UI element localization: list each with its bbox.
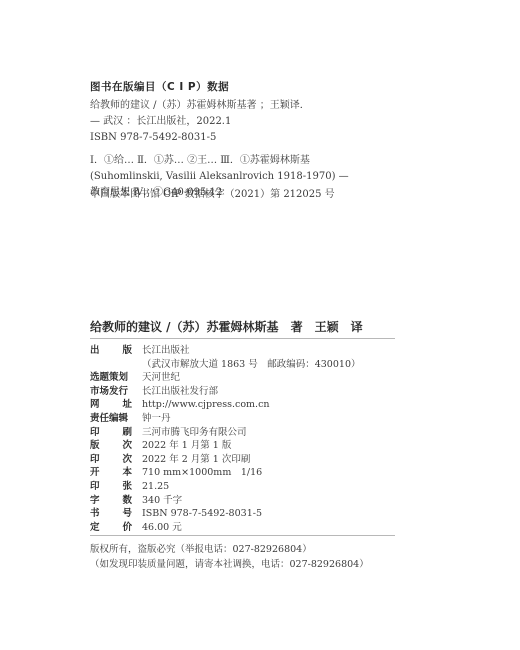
info-row: 选题策划天河世纪	[90, 371, 360, 385]
info-label-part: 次	[122, 453, 132, 467]
divider	[90, 338, 395, 339]
info-label: 网址	[90, 398, 142, 412]
info-label-part: 开	[90, 466, 100, 480]
info-label-part: 书	[90, 507, 100, 521]
info-value: 710 mm×1000mm 1/16	[142, 466, 262, 480]
info-label-part: 价	[122, 521, 132, 535]
divider	[90, 535, 395, 536]
info-label	[90, 358, 142, 372]
info-label-part: 印	[90, 426, 100, 440]
info-label-part: 出	[90, 344, 100, 358]
info-label: 印刷	[90, 426, 142, 440]
info-label-part: 刷	[122, 426, 132, 440]
cip-line: — 武汉 ：长江出版社，2022.1	[90, 114, 349, 130]
cip-isbn: ISBN 978-7-5492-8031-5	[90, 130, 349, 146]
info-row: 书号ISBN 978-7-5492-8031-5	[90, 507, 360, 521]
info-value: 钟一丹	[142, 412, 171, 426]
info-label-part: 选题策划	[90, 371, 128, 385]
info-row: 网址http://www.cjpress.com.cn	[90, 398, 360, 412]
info-label: 版次	[90, 439, 142, 453]
info-row: 出版长江出版社	[90, 344, 360, 358]
info-row: 字数340 千字	[90, 494, 360, 508]
author-role: 著	[291, 320, 303, 334]
info-row: 版次2022 年 1 月第 1 版	[90, 439, 360, 453]
info-label-part: 数	[122, 494, 132, 508]
info-label-part: 张	[122, 480, 132, 494]
info-label-part: 次	[122, 439, 132, 453]
cip-classification-line: Ⅰ．①给… Ⅱ．①苏… ②王… Ⅲ．①苏霍姆林斯基	[90, 153, 349, 169]
info-label-part: 印	[90, 480, 100, 494]
info-label: 定价	[90, 521, 142, 535]
info-label-part: 号	[122, 507, 132, 521]
info-label-part: 版	[122, 344, 132, 358]
cip-classification-line: (Suhomlinskii, Vasilii Aleksanlrovich 19…	[90, 169, 349, 185]
info-value: 长江出版社	[142, 344, 190, 358]
translator-name: 王颖	[315, 320, 339, 334]
copyright-page: 图书在版编目（C I P）数据 给教师的建议 /（苏）苏霍姆林斯基著 ；王颖译．…	[0, 0, 520, 650]
info-label: 字数	[90, 494, 142, 508]
info-label-part: 印	[90, 453, 100, 467]
cip-heading: 图书在版编目（C I P）数据	[90, 79, 229, 94]
info-value: 46.00 元	[142, 521, 182, 535]
info-row: 定价46.00 元	[90, 521, 360, 535]
info-row: 印刷三河市腾飞印务有限公司	[90, 426, 360, 440]
info-label: 开本	[90, 466, 142, 480]
copyright-line: 版权所有，盗版必究（举报电话：027-82926804）	[90, 542, 369, 557]
copyright-notice: 版权所有，盗版必究（举报电话：027-82926804） （如发现印装质量问题，…	[90, 542, 369, 572]
info-row: 开本710 mm×1000mm 1/16	[90, 466, 360, 480]
info-row: 责任编辑钟一丹	[90, 412, 360, 426]
info-label-part: 市场发行	[90, 385, 128, 399]
info-label: 印张	[90, 480, 142, 494]
cip-line: 给教师的建议 /（苏）苏霍姆林斯基著 ；王颖译．	[90, 98, 349, 114]
info-label: 书号	[90, 507, 142, 521]
info-row: （武汉市解放大道 1863 号 邮政编码：430010）	[90, 358, 360, 372]
info-label-part: 版	[90, 439, 100, 453]
info-label-part: 网	[90, 398, 100, 412]
info-row: 印张21.25	[90, 480, 360, 494]
info-label-part: 字	[90, 494, 100, 508]
info-row: 市场发行长江出版社发行部	[90, 385, 360, 399]
info-label: 市场发行	[90, 385, 142, 399]
info-value: 21.25	[142, 480, 169, 494]
info-value: 2022 年 1 月第 1 版	[142, 439, 231, 453]
book-title-line: 给教师的建议 /（苏）苏霍姆林斯基著王颖译	[90, 318, 375, 335]
info-label-part: 本	[122, 466, 132, 480]
info-label-part: 定	[90, 521, 100, 535]
info-value: 340 千字	[142, 494, 182, 508]
info-value: 天河世纪	[142, 371, 180, 385]
quality-notice-line: （如发现印装质量问题，请寄本社调换，电话：027-82926804）	[90, 557, 369, 572]
info-value: 三河市腾飞印务有限公司	[142, 426, 247, 440]
info-value: http://www.cjpress.com.cn	[142, 398, 270, 412]
info-row: 印次2022 年 2 月第 1 次印刷	[90, 453, 360, 467]
info-label-part: 责任编辑	[90, 412, 128, 426]
info-label: 选题策划	[90, 371, 142, 385]
cip-approval-note: 中国版本图书馆 CIP 数据核字（2021）第 212025 号	[90, 185, 335, 200]
info-value: （武汉市解放大道 1863 号 邮政编码：430010）	[142, 358, 360, 372]
translator-role: 译	[351, 320, 363, 334]
info-value: 长江出版社发行部	[142, 385, 218, 399]
info-label: 印次	[90, 453, 142, 467]
info-label-part: 址	[122, 398, 132, 412]
info-label: 责任编辑	[90, 412, 142, 426]
info-label: 出版	[90, 344, 142, 358]
book-title: 给教师的建议 /（苏）苏霍姆林斯基	[90, 320, 279, 334]
info-value: ISBN 978-7-5492-8031-5	[142, 507, 262, 521]
info-value: 2022 年 2 月第 1 次印刷	[142, 453, 250, 467]
publication-info-table: 出版长江出版社（武汉市解放大道 1863 号 邮政编码：430010）选题策划天…	[90, 344, 360, 534]
